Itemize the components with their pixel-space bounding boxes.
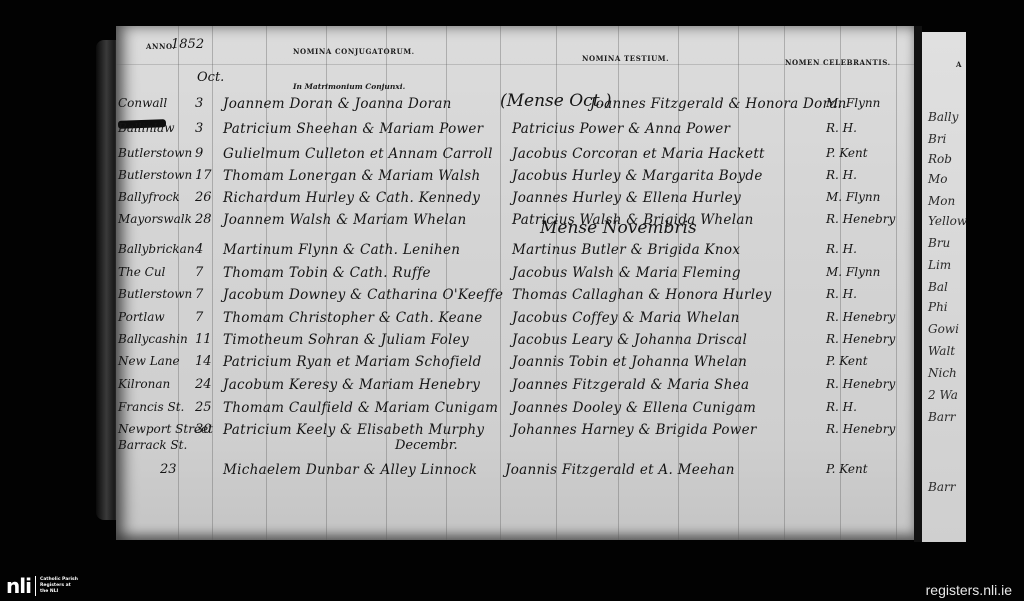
entry-witnesses: Joannis Tobin et Johanna Whelan: [512, 354, 747, 370]
entry-place: Kilronan: [118, 377, 170, 391]
header-celebrantis: NOMEN CELEBRANTIS.: [785, 58, 891, 67]
entry-spouses: Timotheum Sohran & Juliam Foley: [223, 332, 469, 348]
nli-logo[interactable]: nli Catholic Parish Registers at the NLI: [6, 576, 78, 596]
entry-spouses: Joannem Doran & Joanna Doran: [223, 96, 452, 112]
entry-day: 17: [195, 168, 212, 183]
entry-place: Butlerstown: [118, 287, 192, 301]
page-gutter: [914, 26, 922, 542]
entry-celebrant: R. H.: [826, 168, 857, 182]
entry-witnesses: Jacobus Corcoran et Maria Hackett: [512, 146, 765, 162]
facing-page-place: 2 Wa: [928, 388, 958, 402]
facing-page-place: Bru: [928, 236, 950, 250]
entry-celebrant: P. Kent: [826, 146, 868, 160]
entry-witnesses: Thomas Callaghan & Honora Hurley: [512, 287, 772, 303]
entry-celebrant: M. Flynn: [826, 190, 880, 204]
entry-day: 3: [195, 96, 203, 111]
facing-page-place: Bally: [928, 110, 958, 124]
entry-celebrant: R. Henebry: [826, 377, 895, 391]
entry-witnesses: Patricius Power & Anna Power: [512, 121, 730, 137]
entry-day: 28: [195, 212, 212, 227]
entry-place: Francis St.: [118, 400, 184, 414]
facing-page-place: Nich: [928, 366, 957, 380]
entry-celebrant: R. Henebry: [826, 422, 895, 436]
entry-place: Ballinlaw: [118, 121, 174, 135]
entry-day: 4: [195, 242, 203, 257]
header-in-matrimonium: In Matrimonium Conjunxi.: [293, 82, 405, 91]
entry-witnesses: Jacobus Walsh & Maria Fleming: [512, 265, 741, 281]
entry-witnesses: Joannes Fitzgerald & Honora Doran: [590, 96, 847, 112]
facing-header: A: [956, 60, 962, 69]
entry-spouses: Michaelem Dunbar & Alley Linnock: [223, 462, 477, 478]
entry-day: 7: [195, 265, 203, 280]
entry-place: New Lane: [118, 354, 180, 368]
entry-place: Barrack St.: [118, 438, 187, 452]
entry-celebrant: M. Flynn: [826, 96, 880, 110]
entry-witnesses: Joannes Hurley & Ellena Hurley: [512, 190, 741, 206]
image-viewer: ANNO. 1852 NOMINA CONJUGATORUM. In Matri…: [0, 0, 1024, 601]
entry-witnesses: Johannes Harney & Brigida Power: [512, 422, 757, 438]
entry-celebrant: R. H.: [826, 242, 857, 256]
entry-spouses: Gulielmum Culleton et Annam Carroll: [223, 146, 493, 162]
entry-spouses: Patricium Sheehan & Mariam Power: [223, 121, 483, 137]
entry-place: Ballycashin: [118, 332, 188, 346]
entry-day: 24: [195, 377, 212, 392]
facing-page-place: Bri: [928, 132, 946, 146]
logo-text: Catholic Parish Registers at the NLI: [40, 577, 78, 595]
entry-spouses: Thomam Lonergan & Mariam Walsh: [223, 168, 480, 184]
entry-celebrant: R. H.: [826, 121, 857, 135]
month-oct: Oct.: [197, 70, 224, 85]
site-url-link[interactable]: registers.nli.ie: [926, 582, 1012, 598]
entry-celebrant: P. Kent: [826, 462, 868, 476]
facing-page-place: Rob: [928, 152, 952, 166]
entry-celebrant: R. Henebry: [826, 332, 895, 346]
header-testium: NOMINA TESTIUM.: [582, 54, 669, 63]
entry-day: 9: [195, 146, 203, 161]
entry-day: 23: [160, 462, 177, 477]
entry-witnesses: Jacobus Hurley & Margarita Boyde: [512, 168, 763, 184]
entry-place: Ballyfrock: [118, 190, 180, 204]
entry-day: 26: [195, 190, 212, 205]
facing-page-place: Bal: [928, 280, 948, 294]
entry-celebrant: R. H.: [826, 400, 857, 414]
facing-page-place: Lim: [928, 258, 951, 272]
register-page-right: A BallyBriRobMoMonYellowBruLimBalPhiGowi…: [922, 32, 966, 542]
entry-spouses: Thomam Christopher & Cath. Keane: [223, 310, 483, 326]
entry-day: 7: [195, 287, 203, 302]
entry-spouses: Richardum Hurley & Cath. Kennedy: [223, 190, 480, 206]
entry-celebrant: R. Henebry: [826, 212, 895, 226]
entry-day: 11: [195, 332, 212, 347]
entry-spouses: Jacobum Downey & Catharina O'Keeffe: [223, 287, 503, 303]
entry-place: Portlaw: [118, 310, 165, 324]
facing-page-place: Walt: [928, 344, 955, 358]
entry-spouses: Martinum Flynn & Cath. Lenihen: [223, 242, 460, 258]
entry-day: 3: [195, 121, 203, 136]
logo-divider: [35, 576, 36, 596]
entry-witnesses: Joannis Fitzgerald et A. Meehan: [505, 462, 735, 478]
entry-celebrant: R. H.: [826, 287, 857, 301]
entry-spouses: Patricium Ryan et Mariam Schofield: [223, 354, 482, 370]
month-december: Decembr.: [395, 438, 458, 453]
entry-place: Butlerstown: [118, 168, 192, 182]
entry-place: Ballybrickan: [118, 242, 195, 256]
facing-page-place: Barr: [928, 480, 955, 494]
entry-spouses: Jacobum Keresy & Mariam Henebry: [223, 377, 480, 393]
entry-place: Conwall: [118, 96, 167, 110]
entry-day: 7: [195, 310, 203, 325]
entry-witnesses: Joannes Fitzgerald & Maria Shea: [512, 377, 749, 393]
facing-page-place: Gowi: [928, 322, 959, 336]
entry-witnesses: Jacobus Coffey & Maria Whelan: [512, 310, 740, 326]
facing-page-place: Mo: [928, 172, 948, 186]
year: 1852: [171, 37, 204, 52]
entry-spouses: Joannem Walsh & Mariam Whelan: [223, 212, 466, 228]
entry-spouses: Thomam Tobin & Cath. Ruffe: [223, 265, 431, 281]
facing-page-place: Barr: [928, 410, 955, 424]
entry-place: Mayorswalk: [118, 212, 192, 226]
logo-mark: nli: [6, 576, 31, 596]
facing-page-place: Mon: [928, 194, 955, 208]
facing-page-place: Yellow: [928, 214, 966, 228]
entry-day: 14: [195, 354, 212, 369]
entry-celebrant: M. Flynn: [826, 265, 880, 279]
entry-witnesses: Jacobus Leary & Johanna Driscal: [512, 332, 747, 348]
entry-spouses: Patricium Keely & Elisabeth Murphy: [223, 422, 484, 438]
entry-witnesses: Martinus Butler & Brigida Knox: [512, 242, 740, 258]
entry-place: Butlerstown: [118, 146, 192, 160]
header-conjugatorum: NOMINA CONJUGATORUM.: [293, 47, 415, 56]
entry-day: 30: [195, 422, 212, 437]
facing-page-place: Phi: [928, 300, 948, 314]
month-november: Mense Novembris: [540, 218, 697, 238]
entry-witnesses: Joannes Dooley & Ellena Cunigam: [512, 400, 756, 416]
entry-place: The Cul: [118, 265, 165, 279]
entry-day: 25: [195, 400, 212, 415]
entry-spouses: Thomam Caulfield & Mariam Cunigam: [223, 400, 498, 416]
entry-celebrant: R. Henebry: [826, 310, 895, 324]
entry-celebrant: P. Kent: [826, 354, 868, 368]
